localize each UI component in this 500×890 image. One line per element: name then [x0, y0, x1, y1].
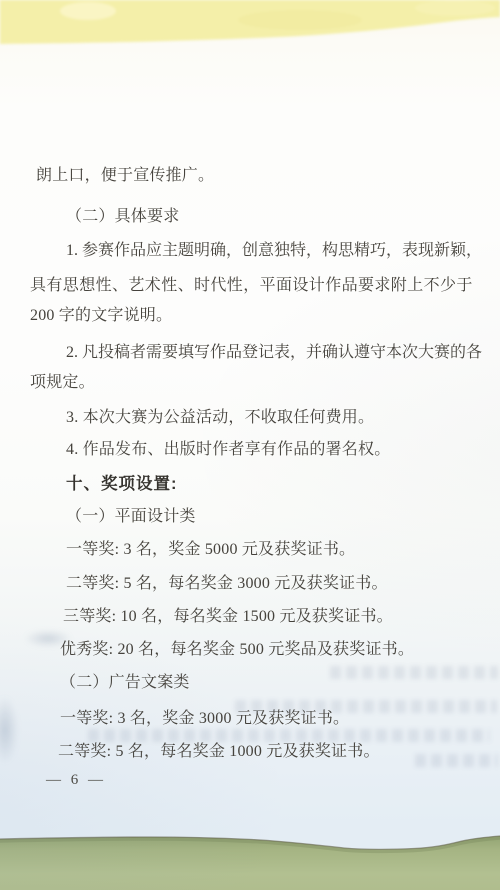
bleedthrough-mark	[330, 666, 498, 679]
document-line: 1. 参赛作品应主题明确，创意独特，构思精巧，表现新颖，	[30, 240, 500, 262]
document-line: 200 字的文字说明。	[30, 305, 470, 327]
document-line: 朗上口，便于宣传推广。	[36, 165, 476, 187]
bleedthrough-mark	[235, 700, 497, 713]
document-line: （一）平面设计类	[30, 506, 500, 528]
document-line: 三等奖: 10 名，每名奖金 1500 元及获奖证书。	[30, 606, 500, 628]
green-desk-area	[0, 836, 500, 890]
document-line: 一等奖: 3 名，奖金 5000 元及获奖证书。	[30, 539, 500, 561]
document-line: 2. 凡投稿者需要填写作品登记表，并确认遵守本次大赛的各	[30, 342, 500, 364]
bleedthrough-mark	[415, 754, 498, 767]
desk-surface	[0, 778, 500, 890]
document-line: 优秀奖: 20 名，每名奖金 500 元奖品及获奖证书。	[30, 639, 500, 661]
bleedthrough-mark	[88, 729, 490, 742]
top-yellow-band	[0, 0, 500, 60]
section-heading: 十、奖项设置:	[30, 473, 500, 495]
document-line: 二等奖: 5 名，每名奖金 3000 元及获奖证书。	[30, 573, 500, 595]
document-line: （二）具体要求	[30, 206, 500, 228]
scanned-document-page: 朗上口，便于宣传推广。 （二）具体要求 1. 参赛作品应主题明确，创意独特，构思…	[0, 0, 500, 890]
document-line: 4. 作品发布、出版时作者享有作品的署名权。	[30, 439, 500, 461]
document-line: 项规定。	[30, 372, 470, 394]
bleedthrough-mark	[24, 630, 72, 647]
document-line: 3. 本次大赛为公益活动，不收取任何费用。	[30, 407, 500, 429]
document-line: 具有思想性、艺术性、时代性，平面设计作品要求附上不少于	[30, 275, 470, 297]
bleedthrough-mark	[0, 696, 18, 764]
